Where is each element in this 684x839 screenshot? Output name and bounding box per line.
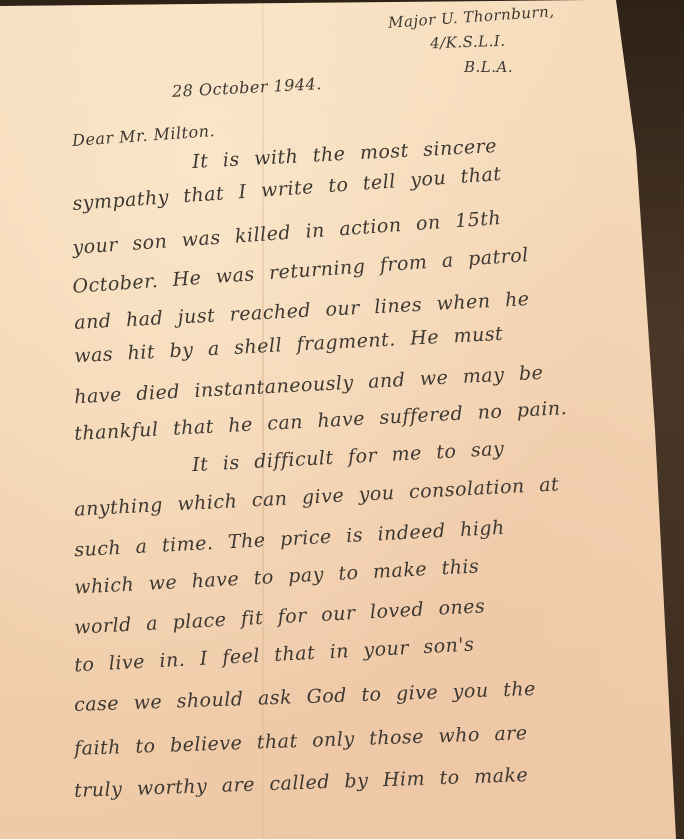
letter-line: such a time. The price is indeed high xyxy=(74,517,506,562)
sender-name: Major U. Thornburn, xyxy=(388,2,555,32)
letter-line: anything which can give you consolation … xyxy=(74,473,560,520)
letter-line: case we should ask God to give you the xyxy=(74,678,536,716)
sender-unit: 4/K.S.L.I. xyxy=(430,32,506,53)
letter-paper: Major U. Thornburn, 4/K.S.L.I. B.L.A. 28… xyxy=(0,0,684,839)
sender-location: B.L.A. xyxy=(464,58,513,76)
letter-line: It is difficult for me to say xyxy=(192,438,505,476)
letter-date: 28 October 1944. xyxy=(172,74,323,101)
letter-line: truly worthy are called by Him to make xyxy=(74,764,529,802)
letter-line: world a place fit for our loved ones xyxy=(74,595,486,639)
salutation: Dear Mr. Milton. xyxy=(72,121,216,150)
letter-line: faith to believe that only those who are xyxy=(74,722,528,760)
letter-line: sympathy that I write to tell you that xyxy=(72,163,502,215)
letter-line: which we have to pay to make this xyxy=(74,555,480,598)
letter-line: to live in. I feel that in your son's xyxy=(74,634,475,677)
